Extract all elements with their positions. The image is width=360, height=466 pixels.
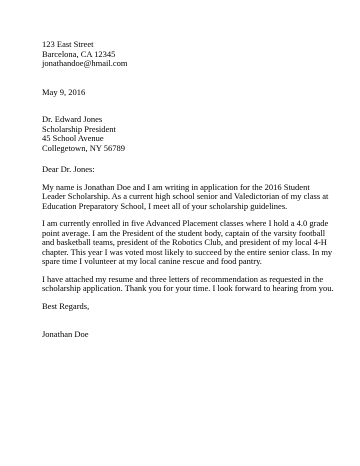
sender-address-block: 123 East Street Barcelona, CA 12345 jona… — [42, 40, 334, 69]
recipient-city-state-zip: Collegetown, NY 56789 — [42, 144, 334, 154]
body-paragraph-1: My name is Jonathan Doe and I am writing… — [42, 183, 334, 212]
letter-document: 123 East Street Barcelona, CA 12345 jona… — [0, 0, 360, 466]
letter-date: May 9, 2016 — [42, 88, 334, 98]
recipient-address-block: Dr. Edward Jones Scholarship President 4… — [42, 115, 334, 153]
body-paragraph-3: I have attached my resume and three lett… — [42, 275, 334, 294]
salutation: Dear Dr. Jones: — [42, 165, 334, 175]
body-paragraph-2: I am currently enrolled in five Advanced… — [42, 219, 334, 267]
sender-email: jonathandoe@hmail.com — [42, 59, 334, 69]
signature-name: Jonathan Doe — [42, 330, 334, 340]
closing: Best Regards, — [42, 302, 334, 312]
